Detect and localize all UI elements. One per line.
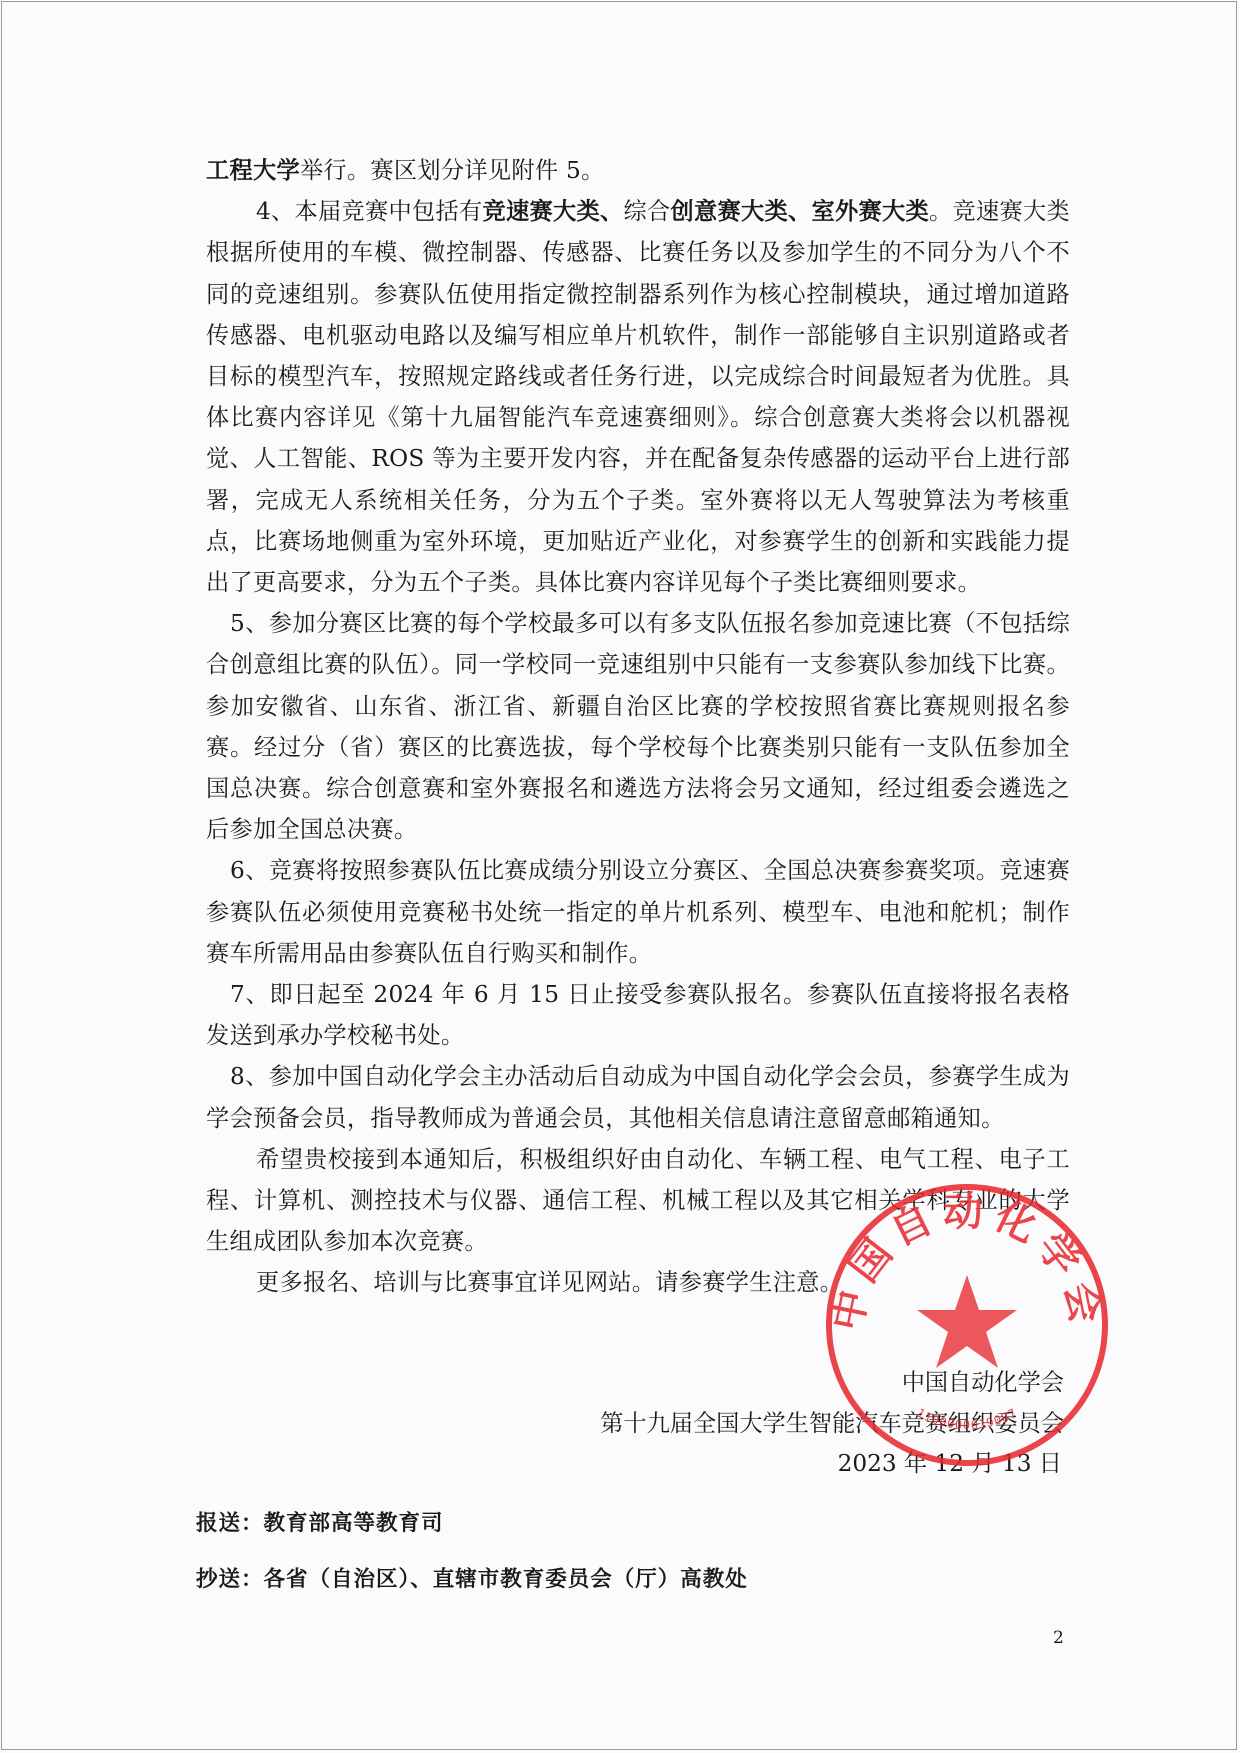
text-segment: 综合	[624, 198, 671, 225]
report-to-line: 报送：教育部高等教育司	[196, 1506, 444, 1537]
text-segment: 4、本届竞赛中包括有	[256, 198, 483, 225]
text-segment: 举行。赛区划分详见附件 5。	[300, 157, 605, 184]
bold-text-segment: 创意赛大类、室外赛大类	[671, 198, 929, 225]
paragraph-item-7: 7、即日起至 2024 年 6 月 15 日止接受参赛队报名。参赛队伍直接将报名…	[206, 974, 1070, 1056]
signature-org-caa: 中国自动化学会	[902, 1365, 1064, 1401]
text-segment: 更多报名、培训与比赛事宜详见网站。请参赛学生注意。	[256, 1269, 843, 1296]
text-segment: 8、参加中国自动化学会主办活动后自动成为中国自动化学会会员，参赛学生成为学会预备…	[206, 1063, 1070, 1131]
text-segment: 。竞速赛大类根据所使用的车模、微控制器、传感器、比赛任务以及参加学生的不同分为八…	[206, 198, 1070, 596]
signature-date: 2023 年 12 月 13 日	[838, 1446, 1062, 1482]
paragraph-closing-hope: 希望贵校接到本通知后，积极组织好由自动化、车辆工程、电气工程、电子工程、计算机、…	[206, 1139, 1070, 1263]
bold-text-segment: 竞速赛大类、	[483, 198, 624, 225]
paragraph-closing-website: 更多报名、培训与比赛事宜详见网站。请参赛学生注意。	[206, 1262, 1070, 1303]
text-segment: 6、竞赛将按照参赛队伍比赛成绩分别设立分赛区、全国总决赛参赛奖项。竞速赛参赛队伍…	[206, 857, 1070, 966]
paragraph-item-5: 5、参加分赛区比赛的每个学校最多可以有多支队伍报名参加竞速比赛（不包括综合创意组…	[206, 603, 1070, 850]
bold-text-segment: 工程大学	[206, 157, 300, 184]
paragraph-item-8: 8、参加中国自动化学会主办活动后自动成为中国自动化学会会员，参赛学生成为学会预备…	[206, 1056, 1070, 1138]
paragraph-continuation: 工程大学举行。赛区划分详见附件 5。	[206, 150, 1070, 191]
document-body: 工程大学举行。赛区划分详见附件 5。 4、本届竞赛中包括有竞速赛大类、综合创意赛…	[206, 150, 1070, 1304]
copy-to-line: 抄送：各省（自治区）、直辖市教育委员会（厅）高教处	[196, 1562, 748, 1593]
text-segment: 5、参加分赛区比赛的每个学校最多可以有多支队伍报名参加竞速比赛（不包括综合创意组…	[206, 610, 1070, 843]
page-number: 2	[1053, 1628, 1064, 1648]
paragraph-item-6: 6、竞赛将按照参赛队伍比赛成绩分别设立分赛区、全国总决赛参赛奖项。竞速赛参赛队伍…	[206, 850, 1070, 974]
signature-org-committee: 第十九届全国大学生智能汽车竞赛组织委员会	[600, 1406, 1064, 1442]
paragraph-item-4: 4、本届竞赛中包括有竞速赛大类、综合创意赛大类、室外赛大类。竞速赛大类根据所使用…	[206, 191, 1070, 603]
text-segment: 希望贵校接到本通知后，积极组织好由自动化、车辆工程、电气工程、电子工程、计算机、…	[206, 1146, 1070, 1255]
text-segment: 7、即日起至 2024 年 6 月 15 日止接受参赛队报名。参赛队伍直接将报名…	[206, 981, 1070, 1049]
